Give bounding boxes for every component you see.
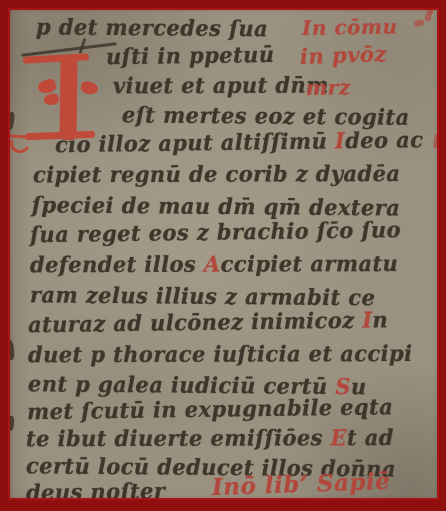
cropped-rubric-fragment — [433, 134, 439, 148]
illuminated-initial-I — [23, 42, 119, 152]
cropped-rubric-fragment — [413, 19, 424, 27]
initial-stroke — [25, 131, 95, 140]
text-line: aturaz ad ulcōnez inimicoz In — [28, 306, 388, 338]
line-text: p det mercedes ſua — [36, 13, 268, 41]
rubricated-letter: A — [204, 251, 221, 277]
text-line: viuet et aput dn̄m — [113, 72, 329, 100]
line-text: duet p thorace iuſticia et accipi — [28, 340, 413, 367]
text-line: mē ſ — [88, 0, 142, 11]
line-text: deus noſter — [26, 478, 166, 506]
line-text: ccipiet armatu — [220, 250, 398, 277]
line-text: mē ſ — [88, 0, 142, 9]
parchment-page: mē ſ p det mercedes ſua uſti in ppetuū v… — [0, 0, 446, 511]
margin-rubric: mrz — [306, 75, 351, 100]
margin-rubric: in pvōz — [300, 41, 388, 69]
initial-stroke — [59, 57, 77, 140]
rubricated-letter: I — [335, 127, 346, 153]
text-line: cipiet regnū de corib z dyadēa — [33, 160, 400, 188]
cropped-rubric-fragment — [424, 7, 434, 21]
binding-mark — [7, 416, 14, 431]
cropped-text-fragment — [300, 1, 326, 7]
text-line: ſua reget eos z brachio ſc̄o ſuo — [30, 216, 401, 248]
text-line: duet p thorace iuſticia et accipi — [28, 340, 413, 368]
rubricated-letter: E — [330, 424, 347, 450]
line-text: cipiet regnū de corib z dyadēa — [33, 160, 400, 187]
text-line: uſti in ppetuū — [106, 41, 275, 70]
text-line: deus noſter — [26, 478, 166, 507]
cropped-text-fragment — [392, 0, 420, 7]
cropped-text-fragment — [170, 3, 184, 8]
line-text: viuet et aput dn̄m — [113, 72, 329, 99]
binding-mark — [7, 112, 15, 131]
text-line: met ſcutū in expugnabile eqta — [27, 393, 394, 425]
manuscript-photo: mē ſ p det mercedes ſua uſti in ppetuū v… — [0, 0, 446, 511]
line-text: ſua reget eos z brachio ſc̄o ſuo — [30, 216, 401, 247]
initial-stroke — [43, 93, 60, 107]
line-text: te ibut diuerte emiſſiōes — [26, 424, 331, 451]
text-line: p det mercedes ſua — [36, 13, 268, 42]
line-text: n — [372, 306, 388, 332]
line-text: eſt mertes eoz et cogita — [122, 101, 410, 130]
line-text: met ſcutū in expugnabile eqta — [27, 393, 393, 424]
text-line: defendet illos Accipiet armatu — [30, 250, 398, 278]
binding-mark — [6, 340, 15, 361]
line-text: defendet illos — [30, 251, 204, 278]
colophon-rubric: Inō lib’ Sapiē — [212, 468, 391, 501]
text-line: te ibut diuerte emiſſiōes Et ad — [26, 424, 394, 452]
initial-stroke — [80, 80, 99, 96]
margin-rubric: In cōmu — [302, 14, 398, 40]
line-text: aturaz ad ulcōnez inimicoz — [28, 307, 363, 338]
line-text: deo ac — [345, 126, 424, 153]
line-text: uſti in ppetuū — [106, 41, 275, 69]
line-text: t ad — [347, 424, 394, 450]
line-text: ram zelus illius z armabit ce — [30, 281, 376, 310]
